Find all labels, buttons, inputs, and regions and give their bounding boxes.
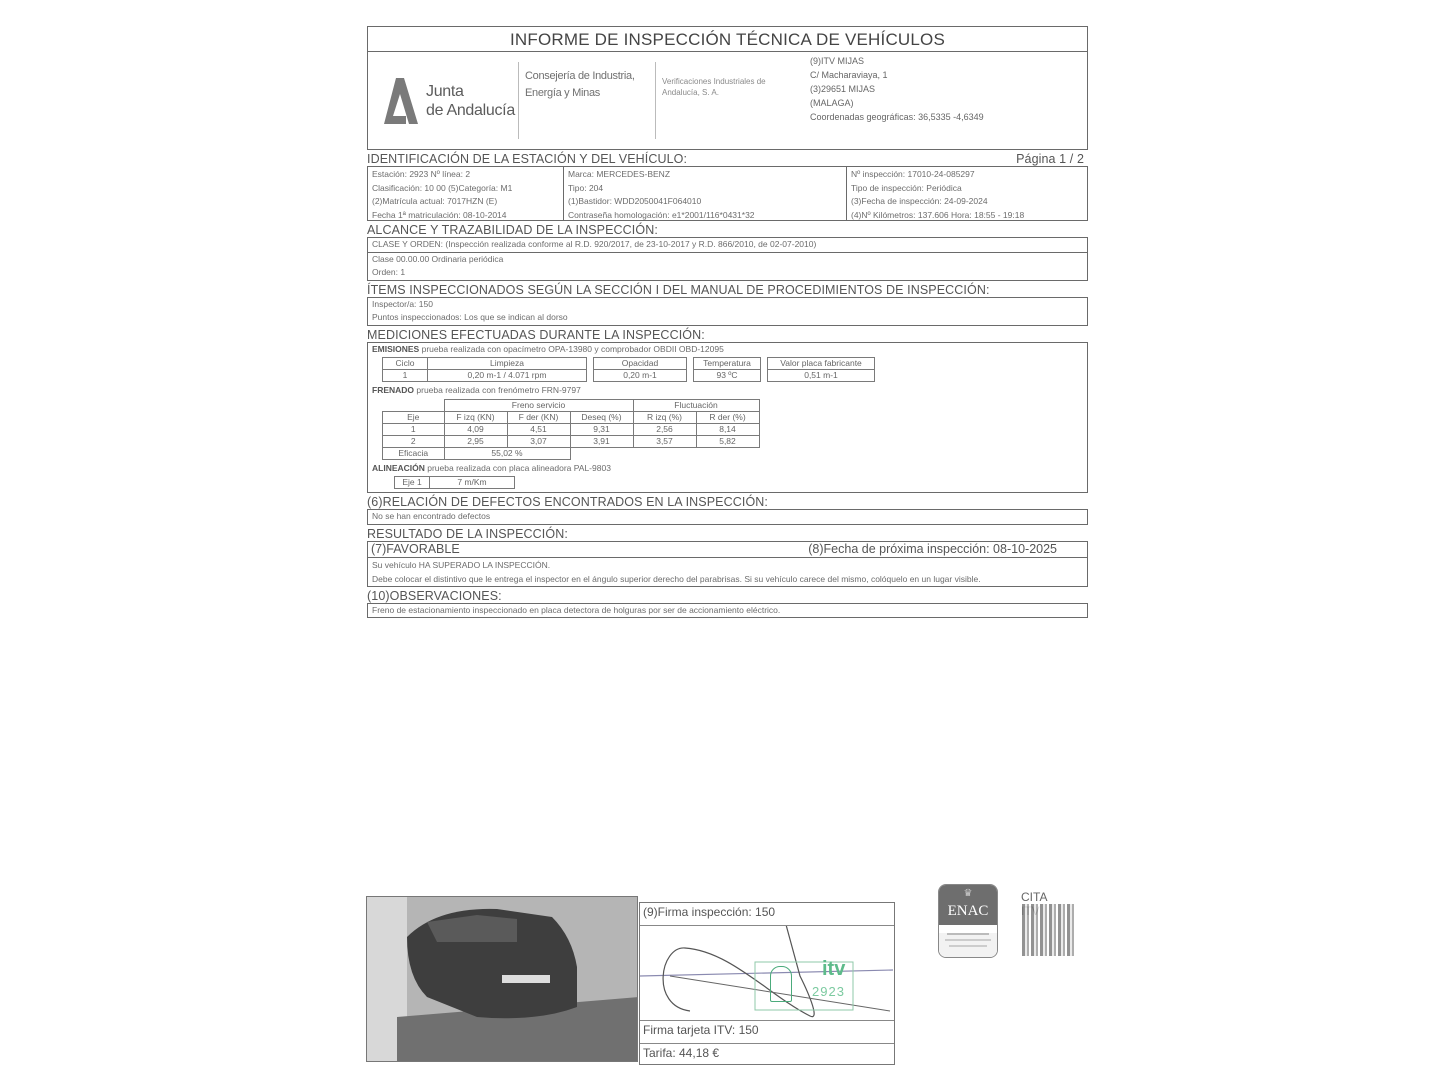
signature-area: itv 2923	[640, 926, 894, 1021]
crown-icon: ♛	[939, 888, 997, 899]
inspection-date: (3)Fecha de inspección: 24-09-2024	[851, 195, 1083, 209]
station-address: (9)ITV MIJAS C/ Macharaviaya, 1 (3)29651…	[806, 52, 984, 149]
veiasa-text: Verificaciones Industriales de Andalucía…	[656, 52, 806, 149]
consejeria-line2: Energía y Minas	[525, 85, 655, 102]
header-limpieza: Limpieza	[428, 358, 587, 370]
identification-title: IDENTIFICACIÓN DE LA ESTACIÓN Y DEL VEHÍ…	[367, 152, 687, 166]
page-indicator: Página 1 / 2	[1016, 152, 1084, 166]
braking-line: FRENADO prueba realizada con frenómetro …	[372, 384, 1083, 398]
cell: 3,91	[570, 435, 633, 447]
veiasa-line1: Verificaciones Industriales de	[662, 76, 806, 87]
station-city: (3)29651 MIJAS	[810, 82, 984, 96]
emissions-label: EMISIONES	[372, 344, 419, 354]
emissions-desc: prueba realizada con opacímetro OPA-1398…	[419, 344, 724, 354]
inspection-signature-label: (9)Firma inspección: 150	[640, 903, 894, 926]
result-box: (7)FAVORABLE (8)Fecha de próxima inspecc…	[367, 541, 1088, 587]
blank-cell	[383, 399, 445, 411]
consejeria-text: Consejería de Industria, Energía y Minas	[519, 52, 655, 149]
station-province: (MALAGA)	[810, 96, 984, 110]
enac-label: ENAC	[939, 903, 997, 920]
report-header: Junta de Andalucía Consejería de Industr…	[367, 52, 1088, 150]
header-r-der: R der (%)	[696, 411, 759, 423]
classification: Clasificación: 10 00 (5)Categoría: M1	[372, 182, 559, 196]
station-vehicle-col1: Estación: 2923 Nº línea: 2 Clasificación…	[368, 167, 564, 220]
header-deseq: Deseq (%)	[570, 411, 633, 423]
inspection-col3: Nº inspección: 17010-24-085297 Tipo de i…	[847, 167, 1087, 220]
defects-title: (6)RELACIÓN DE DEFECTOS ENCONTRADOS EN L…	[367, 495, 1088, 509]
signature-scribble-icon	[640, 926, 893, 1020]
station-street: C/ Macharaviaya, 1	[810, 68, 984, 82]
cell: 8,14	[696, 423, 759, 435]
brand: Marca: MERCEDES-BENZ	[568, 168, 842, 182]
enac-top: ♛ ENAC	[939, 885, 997, 925]
tariff: Tarifa: 44,18 €	[640, 1044, 894, 1062]
inspection-type: Tipo de inspección: Periódica	[851, 182, 1083, 196]
inspection-number: Nº inspección: 17010-24-085297	[851, 168, 1083, 182]
blank-cell	[570, 447, 759, 459]
value-temperatura: 93 ºC	[694, 370, 761, 382]
header-f-izq: F izq (KN)	[444, 411, 507, 423]
alignment-desc: prueba realizada con placa alineadora PA…	[425, 463, 611, 473]
result-message: Su vehículo HA SUPERADO LA INSPECCIÓN. D…	[368, 558, 1087, 586]
measurements-title: MEDICIONES EFECTUADAS DURANTE LA INSPECC…	[367, 328, 1088, 342]
license-plate: (2)Matrícula actual: 7017HZN (E)	[372, 195, 559, 209]
items-box: Inspector/a: 150 Puntos inspeccionados: …	[367, 297, 1088, 326]
braking-label: FRENADO	[372, 385, 414, 395]
cell: 4,09	[444, 423, 507, 435]
alignment-table: Eje 1 7 m/Km	[394, 476, 515, 489]
junta-andalucia-logo: Junta de Andalucía	[368, 52, 518, 149]
value-limpieza: 0,20 m-1 / 4.071 rpm	[428, 370, 587, 382]
header-ciclo: Ciclo	[383, 358, 428, 370]
inspected-points: Puntos inspeccionados: Los que se indica…	[372, 311, 1083, 325]
observations-title: (10)OBSERVACIONES:	[367, 589, 1088, 603]
measurements-box: EMISIONES prueba realizada con opacímetr…	[367, 342, 1088, 494]
identification-heading: IDENTIFICACIÓN DE LA ESTACIÓN Y DEL VEHÍ…	[367, 152, 1088, 166]
clase: Clase 00.00.00 Ordinaria periódica	[368, 253, 1087, 267]
stamp-itv: itv	[822, 958, 845, 981]
alignment-line: ALINEACIÓN prueba realizada con placa al…	[372, 462, 1083, 476]
clase-orden: CLASE Y ORDEN: (Inspección realizada con…	[368, 238, 1087, 253]
header-r-izq: R izq (%)	[633, 411, 696, 423]
header-eje: Eje	[383, 411, 445, 423]
andalucia-a-icon	[382, 76, 420, 126]
cell: 2	[383, 435, 445, 447]
station-name: (9)ITV MIJAS	[810, 54, 984, 68]
value-ciclo: 1	[383, 370, 428, 382]
scope-box: CLASE Y ORDEN: (Inspección realizada con…	[367, 237, 1088, 281]
alignment-label: ALINEACIÓN	[372, 463, 425, 473]
cell: 3,07	[507, 435, 570, 447]
cell: 2,56	[633, 423, 696, 435]
group-fluctuacion: Fluctuación	[633, 399, 759, 411]
result-title: RESULTADO DE LA INSPECCIÓN:	[367, 527, 1088, 541]
logo-line1: Junta	[426, 82, 515, 101]
result-line1: Su vehículo HA SUPERADO LA INSPECCIÓN.	[372, 558, 1083, 572]
enac-bottom	[939, 933, 997, 958]
value-opacidad: 0,20 m-1	[594, 370, 687, 382]
items-title: ÍTEMS INSPECCIONADOS SEGÚN LA SECCIÓN I …	[367, 283, 1088, 297]
cell: 4,51	[507, 423, 570, 435]
vehicle-photo	[366, 896, 638, 1062]
observations-box: Freno de estacionamiento inspeccionado e…	[367, 603, 1088, 619]
first-registration: Fecha 1ª matriculación: 08-10-2014	[372, 209, 559, 223]
braking-table: Freno servicio Fluctuación Eje F izq (KN…	[382, 399, 760, 460]
emissions-tables: CicloLimpieza 10,20 m-1 / 4.071 rpm Opac…	[382, 357, 1083, 382]
kilometers-time: (4)Nº Kilómetros: 137.606 Hora: 18:55 - …	[851, 209, 1083, 223]
inspection-report: INFORME DE INSPECCIÓN TÉCNICA DE VEHÍCUL…	[367, 26, 1088, 618]
efficacy-label: Eficacia	[383, 447, 445, 459]
header-valor-placa: Valor placa fabricante	[768, 358, 875, 370]
consejeria-line1: Consejería de Industria,	[525, 68, 655, 85]
qr-code-icon[interactable]	[1022, 904, 1074, 956]
emissions-opacity-table: Opacidad 0,20 m-1	[593, 357, 687, 382]
identification-box: Estación: 2923 Nº línea: 2 Clasificación…	[367, 166, 1088, 221]
efficacy-value: 55,02 %	[444, 447, 570, 459]
homologation: Contraseña homologación: e1*2001/116*043…	[568, 209, 842, 223]
stamp-number: 2923	[812, 984, 845, 999]
scope-title: ALCANCE Y TRAZABILIDAD DE LA INSPECCIÓN:	[367, 223, 1088, 237]
emissions-temp-table: Temperatura 93 ºC	[693, 357, 761, 382]
enac-badge: ♛ ENAC	[938, 884, 998, 958]
card-signature: Firma tarjeta ITV: 150	[640, 1021, 894, 1044]
inspector: Inspector/a: 150	[372, 298, 1083, 312]
emissions-plate-table: Valor placa fabricante 0,51 m-1	[767, 357, 875, 382]
type: Tipo: 204	[568, 182, 842, 196]
header-temperatura: Temperatura	[694, 358, 761, 370]
orden: Orden: 1	[368, 266, 1087, 280]
header-f-der: F der (KN)	[507, 411, 570, 423]
alignment-value: 7 m/Km	[430, 477, 515, 489]
group-freno-servicio: Freno servicio	[444, 399, 633, 411]
header-opacidad: Opacidad	[594, 358, 687, 370]
vin: (1)Bastidor: WDD2050041F064010	[568, 195, 842, 209]
result-line2: Debe colocar el distintivo que le entreg…	[372, 572, 1083, 586]
alignment-axle: Eje 1	[395, 477, 430, 489]
stamp-emblem-icon	[770, 966, 792, 1002]
cell: 5,82	[696, 435, 759, 447]
station-line: Estación: 2923 Nº línea: 2	[372, 168, 559, 182]
defects-box: No se han encontrado defectos	[367, 509, 1088, 525]
veiasa-line2: Andalucía, S. A.	[662, 87, 806, 98]
emissions-line: EMISIONES prueba realizada con opacímetr…	[372, 343, 1083, 357]
logo-line2: de Andalucía	[426, 101, 515, 120]
cell: 3,57	[633, 435, 696, 447]
vehicle-col2: Marca: MERCEDES-BENZ Tipo: 204 (1)Bastid…	[564, 167, 847, 220]
verdict: (7)FAVORABLE	[371, 542, 460, 557]
next-inspection-date: (8)Fecha de próxima inspección: 08-10-20…	[808, 542, 1057, 557]
emissions-cycle-table: CicloLimpieza 10,20 m-1 / 4.071 rpm	[382, 357, 587, 382]
value-valor-placa: 0,51 m-1	[768, 370, 875, 382]
signature-box: (9)Firma inspección: 150 itv 2923 Firma …	[639, 902, 895, 1065]
cell: 1	[383, 423, 445, 435]
braking-desc: prueba realizada con frenómetro FRN-9797	[414, 385, 581, 395]
cell: 2,95	[444, 435, 507, 447]
station-coordinates: Coordenadas geográficas: 36,5335 -4,6349	[810, 110, 984, 124]
cell: 9,31	[570, 423, 633, 435]
table-row: 2 2,95 3,07 3,91 3,57 5,82	[383, 435, 760, 447]
report-title: INFORME DE INSPECCIÓN TÉCNICA DE VEHÍCUL…	[367, 26, 1088, 52]
result-header: (7)FAVORABLE (8)Fecha de próxima inspecc…	[368, 542, 1087, 558]
table-row: 1 4,09 4,51 9,31 2,56 8,14	[383, 423, 760, 435]
